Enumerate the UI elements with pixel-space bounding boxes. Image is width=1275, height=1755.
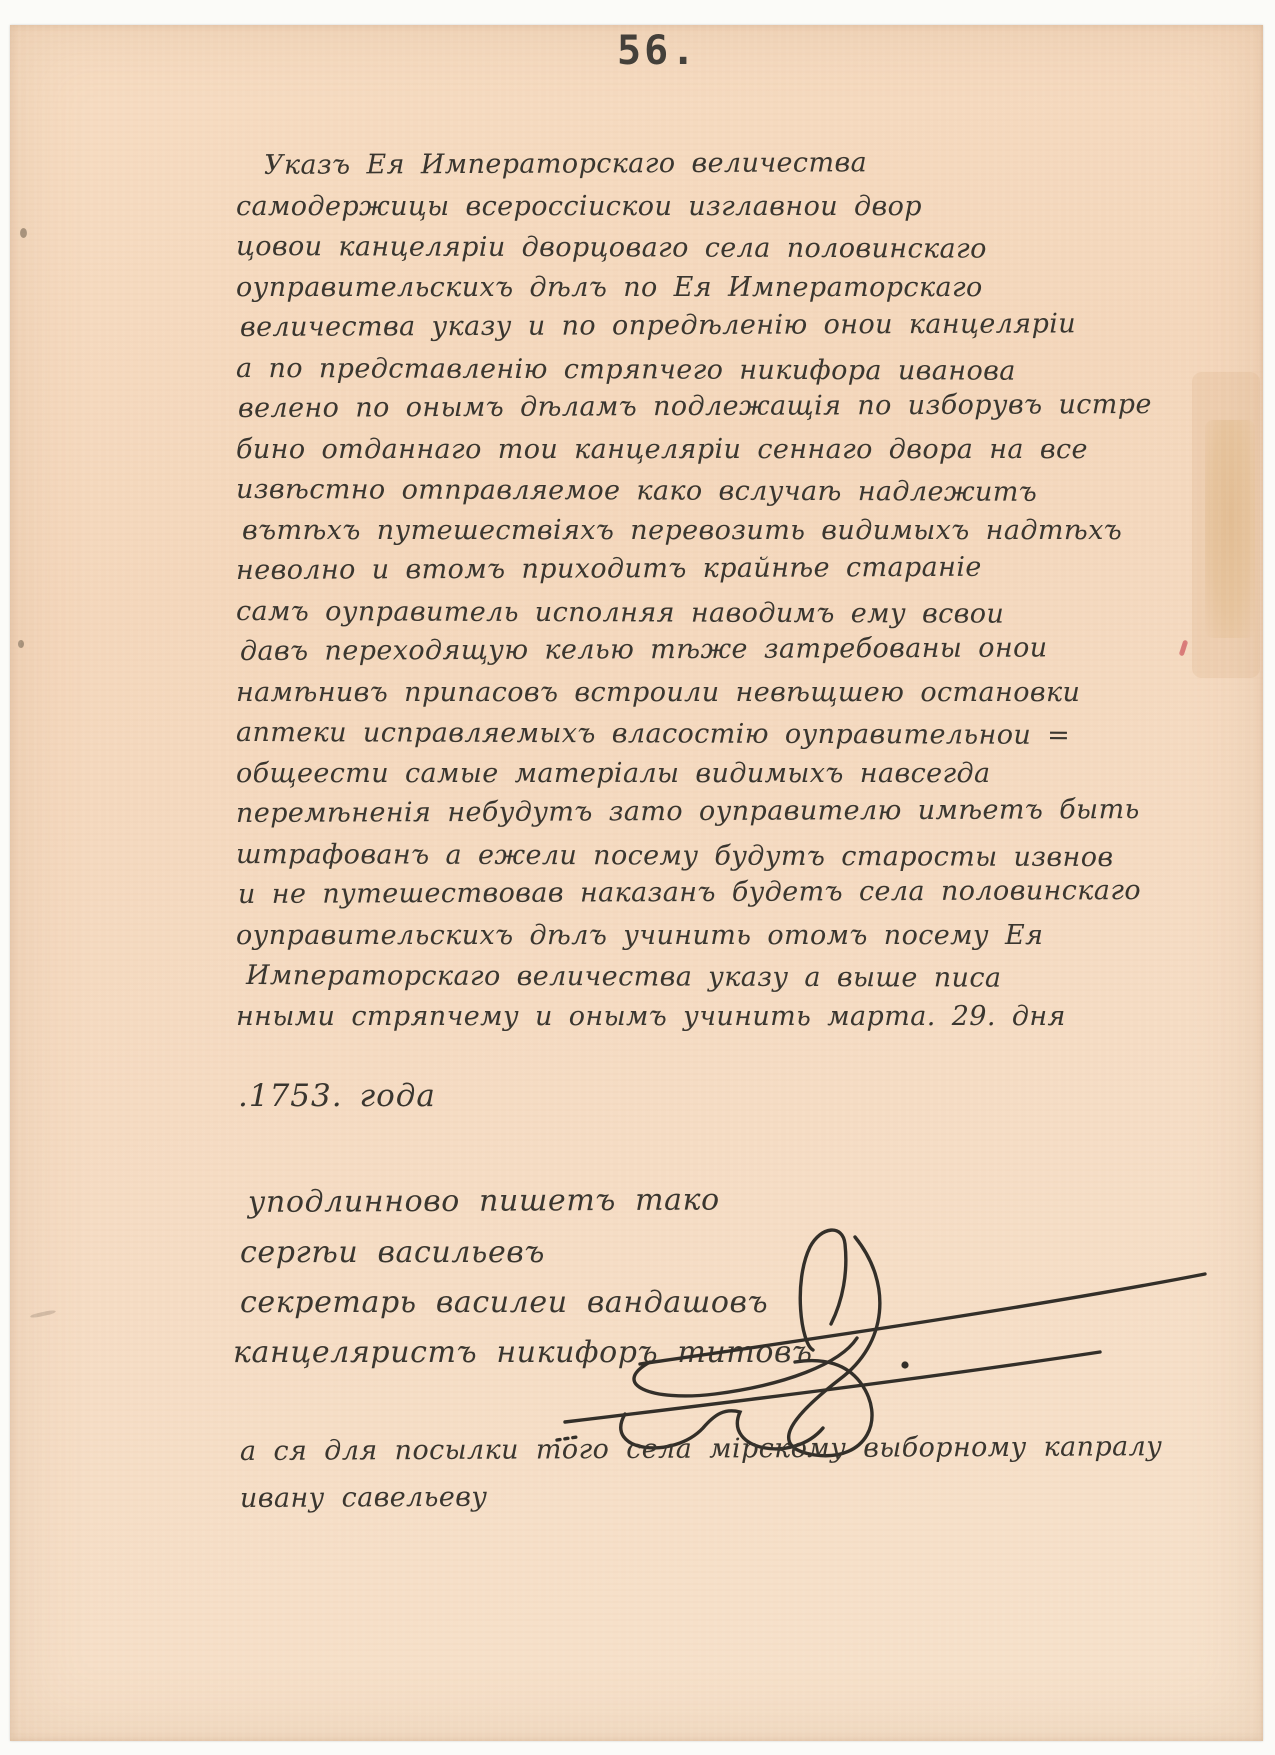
manuscript-line: цовои канцеляріи дворцоваго села половин… bbox=[236, 227, 1136, 271]
manuscript-line: оуправительскихъ дѣлъ учинить отомъ посе… bbox=[236, 916, 1136, 957]
closing-line: уподлинново пишетъ тако bbox=[240, 1175, 813, 1228]
paper-blemish bbox=[18, 640, 24, 648]
manuscript-line: Указъ Ея Императорскаго величества bbox=[236, 142, 1136, 186]
manuscript-line: неволно и втомъ приходитъ крайнѣе старан… bbox=[236, 547, 1136, 591]
pink-ink-mark bbox=[1179, 640, 1189, 657]
manuscript-line: велено по онымъ дѣламъ подлежащія по изб… bbox=[236, 385, 1136, 429]
manuscript-line: вътѣхъ путешествіяхъ перевозить видимыхъ… bbox=[236, 511, 1136, 552]
date-line: .1753. года bbox=[238, 1078, 436, 1114]
manuscript-line: нными стряпчему и онымъ учинить марта. 2… bbox=[236, 997, 1136, 1038]
manuscript-body: Указъ Ея Императорскаго величествасамоде… bbox=[236, 146, 1136, 1037]
manuscript-line: намѣнивъ припасовъ встроили невѣщшею ост… bbox=[236, 673, 1136, 714]
paper-blemish bbox=[30, 1309, 56, 1318]
manuscript-line: аптеки исправляемыхъ власостію оуправите… bbox=[236, 713, 1136, 757]
page-number: 56. bbox=[617, 28, 698, 74]
manuscript-line: перемѣненія небудутъ зато оуправителю им… bbox=[236, 790, 1136, 834]
manuscript-line: и не путешествовав наказанъ будетъ села … bbox=[236, 871, 1136, 915]
paper-blemish bbox=[20, 228, 27, 238]
manuscript-line: самодержицы всероссіискои изглавнои двор bbox=[236, 187, 1136, 228]
tape-stain bbox=[1205, 420, 1255, 638]
postscript-line: а ся для посылки того села мірскому выбо… bbox=[240, 1423, 1162, 1475]
manuscript-line: общеести самые матеріалы видимыхъ навсег… bbox=[236, 754, 1136, 795]
postscript-line: ивану савельеву bbox=[240, 1470, 1162, 1522]
manuscript-line: оуправительскихъ дѣлъ по Ея Императорска… bbox=[236, 268, 1136, 309]
postscript-block: а ся для посылки того села мірскому выбо… bbox=[240, 1428, 1162, 1522]
manuscript-line: бино отданнаго тои канцеляріи сеннаго дв… bbox=[236, 430, 1136, 471]
manuscript-line: извѣстно отправляемое како вслучаѣ надле… bbox=[236, 470, 1136, 514]
manuscript-line: давъ переходящую келью тѣже затребованы … bbox=[236, 628, 1136, 672]
manuscript-line: величества указу и по опредѣленію онои к… bbox=[236, 304, 1136, 348]
manuscript-line: Императорскаго величества указу а выше п… bbox=[236, 956, 1136, 1000]
